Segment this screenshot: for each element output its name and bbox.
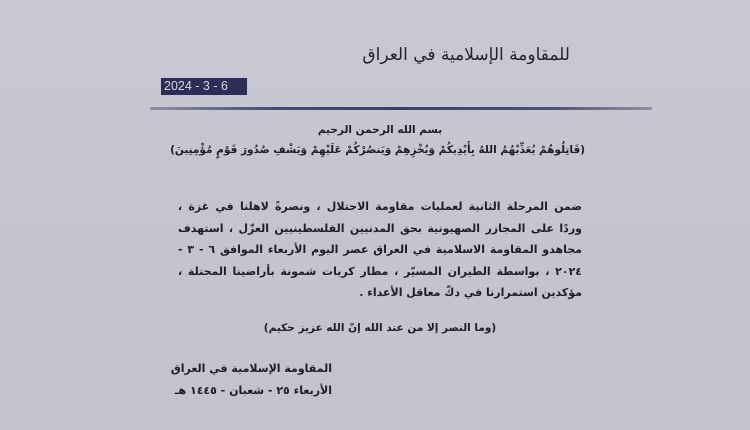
signature-block: المقاومة الإسلامية في العراق الأربعاء ٢٥…: [160, 358, 332, 402]
date-badge: 2024 - 3 - 6: [161, 78, 247, 95]
closing-verse: (وما النصر إلا من عند الله إنّ الله عزيز…: [180, 320, 580, 336]
organization-header-title: للمقاومة الإسلامية في العراق: [440, 38, 570, 72]
basmala-heading: بسم الله الرحمن الرحيم: [180, 122, 580, 138]
signature-hijri-date: الأربعاء ٢٥ - شعبان - ١٤٤٥ هـ: [160, 380, 332, 402]
opening-verse: (قَاتِلُوهُمْ يُعَذِّبْهُمُ اللهُ بِأَيْ…: [175, 142, 585, 158]
statement-body-paragraph: ضمن المرحلة الثانية لعمليات مقاومة الاحت…: [178, 196, 582, 304]
statement-page: للمقاومة الإسلامية في العراق 2024 - 3 - …: [0, 0, 750, 430]
signature-organization: المقاومة الإسلامية في العراق: [160, 358, 332, 380]
header-divider: [150, 107, 652, 110]
